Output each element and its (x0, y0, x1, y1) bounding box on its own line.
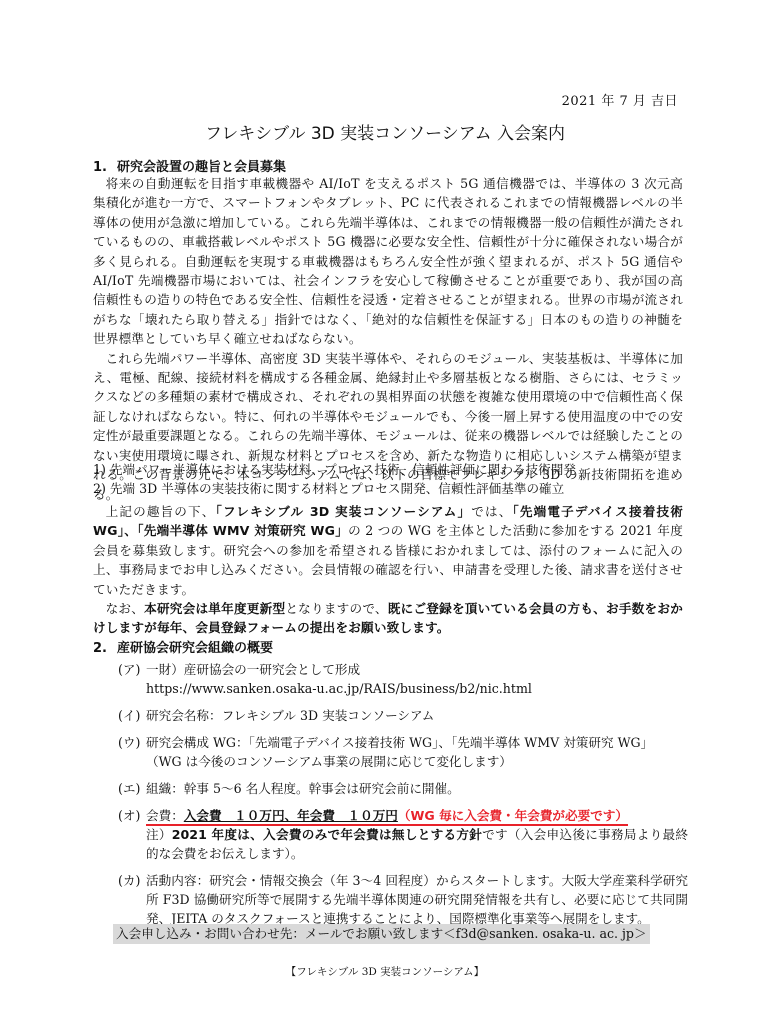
text: となりますので、 (285, 601, 387, 616)
item-text: 研究会構成 WG：「先端電子デバイス接着技術 WG」、「先端半導体 WMV 対策… (146, 733, 688, 752)
fee-note: 注）2021 年度は、入会費のみで年会費は無しとする方針です（入会申込後に事務局… (146, 825, 688, 863)
section-1-heading: 1.研究会設置の趣旨と会員募集 (93, 156, 286, 175)
section-number: 2. (93, 641, 117, 656)
paragraph-renewal-note: なお、本研究会は単年度更新型となりますので、既にご登録を頂いている会員の方も、お… (93, 599, 683, 638)
section-title: 産研協会研究会組織の概要 (117, 641, 273, 656)
item-text: 組織：幹事 5～6 名人程度。幹事会は研究会前に開催。 (146, 779, 688, 798)
section-title: 研究会設置の趣旨と会員募集 (117, 160, 286, 175)
item-mark: (カ) (118, 871, 148, 890)
note-prefix: 注） (146, 827, 172, 842)
paragraph-recruitment: 上記の趣旨の下、「フレキシブル 3D 実装コンソーシアム」では、「先端電子デバイ… (93, 502, 683, 599)
page-title: フレキシブル 3D 実装コンソーシアム 入会案内 (0, 119, 770, 144)
text: 上記の趣旨の下、 (106, 504, 216, 519)
item-mark: (イ) (118, 706, 148, 725)
item-text: 一財）産研協会の一研究会として形成 (146, 660, 688, 679)
item-mark: (オ) (118, 806, 148, 825)
footer-consortium-name: 【フレキシブル 3D 実装コンソーシアム】 (0, 964, 770, 979)
org-item-ka: (カ) 活動内容：研究会・情報交換会（年 3～4 回程度）からスタートします。大… (118, 871, 688, 928)
contact-info[interactable]: 入会申し込み・お問い合わせ先：メールでお願い致します＜f3d@sanken. o… (113, 924, 650, 944)
text: なお、 (106, 601, 145, 616)
fee-warning: （WG 毎に入会費・年会費が必要です） (398, 808, 628, 823)
consortium-name: 「フレキシブル 3D 実装コンソーシアム」 (216, 504, 472, 519)
paragraph: 将来の自動運転を目指す車載機器や AI/IoT を支えるポスト 5G 通信機器で… (93, 174, 683, 349)
fee-underline: 会費：入会費 １０万円、年会費 １０万円（WG 毎に入会費・年会費が必要です） (146, 808, 628, 826)
section-1-body: 将来の自動運転を目指す車載機器や AI/IoT を支えるポスト 5G 通信機器で… (93, 174, 683, 504)
item-text: 研究会名称：フレキシブル 3D 実装コンソーシアム (146, 706, 688, 725)
item-mark: (ウ) (118, 733, 148, 752)
goal-item: 2) 先端 3D 半導体の実装技術に関する材料とプロセス開発、信頼性評価基準の確… (93, 479, 693, 498)
item-note: （WG は今後のコンソーシアム事業の展開に応じて変化します） (146, 752, 688, 771)
note-policy: 2021 年度は、入会費のみで年会費は無しとする方針 (172, 827, 482, 842)
item-mark: (ア) (118, 660, 148, 679)
goals-list: 1) 先端パワー半導体における実装材料、プロセス技術、信頼性評価に関わる技術開発… (93, 460, 693, 498)
org-item-u: (ウ) 研究会構成 WG：「先端電子デバイス接着技術 WG」、「先端半導体 WM… (118, 733, 688, 771)
section-2-heading: 2.産研協会研究会組織の概要 (93, 637, 273, 656)
org-item-e: (エ) 組織：幹事 5～6 名人程度。幹事会は研究会前に開催。 (118, 779, 688, 798)
item-mark: (エ) (118, 779, 148, 798)
section-number: 1. (93, 160, 117, 175)
section-1-membership: 上記の趣旨の下、「フレキシブル 3D 実装コンソーシアム」では、「先端電子デバイ… (93, 502, 683, 638)
fee-line: 会費：入会費 １０万円、年会費 １０万円（WG 毎に入会費・年会費が必要です） (146, 806, 688, 825)
org-item-o: (オ) 会費：入会費 １０万円、年会費 １０万円（WG 毎に入会費・年会費が必要… (118, 806, 688, 863)
association-url-link[interactable]: https://www.sanken.osaka-u.ac.jp/RAIS/bu… (146, 679, 688, 698)
document-page: 2021 年 7 月 吉日 フレキシブル 3D 実装コンソーシアム 入会案内 1… (0, 0, 770, 1024)
text: では、 (471, 504, 512, 519)
org-item-a: (ア) 一財）産研協会の一研究会として形成 https://www.sanken… (118, 660, 688, 698)
item-text: 活動内容：研究会・情報交換会（年 3～4 回程度）からスタートします。大阪大学産… (146, 871, 688, 928)
goal-item: 1) 先端パワー半導体における実装材料、プロセス技術、信頼性評価に関わる技術開発 (93, 460, 693, 479)
fee-amounts: 入会費 １０万円、年会費 １０万円 (184, 808, 398, 823)
renewal-type: 本研究会は単年度更新型 (144, 601, 285, 616)
org-item-i: (イ) 研究会名称：フレキシブル 3D 実装コンソーシアム (118, 706, 688, 725)
organization-items: (ア) 一財）産研協会の一研究会として形成 https://www.sanken… (118, 660, 688, 936)
issue-date: 2021 年 7 月 吉日 (562, 90, 678, 109)
fee-label: 会費： (146, 808, 184, 823)
